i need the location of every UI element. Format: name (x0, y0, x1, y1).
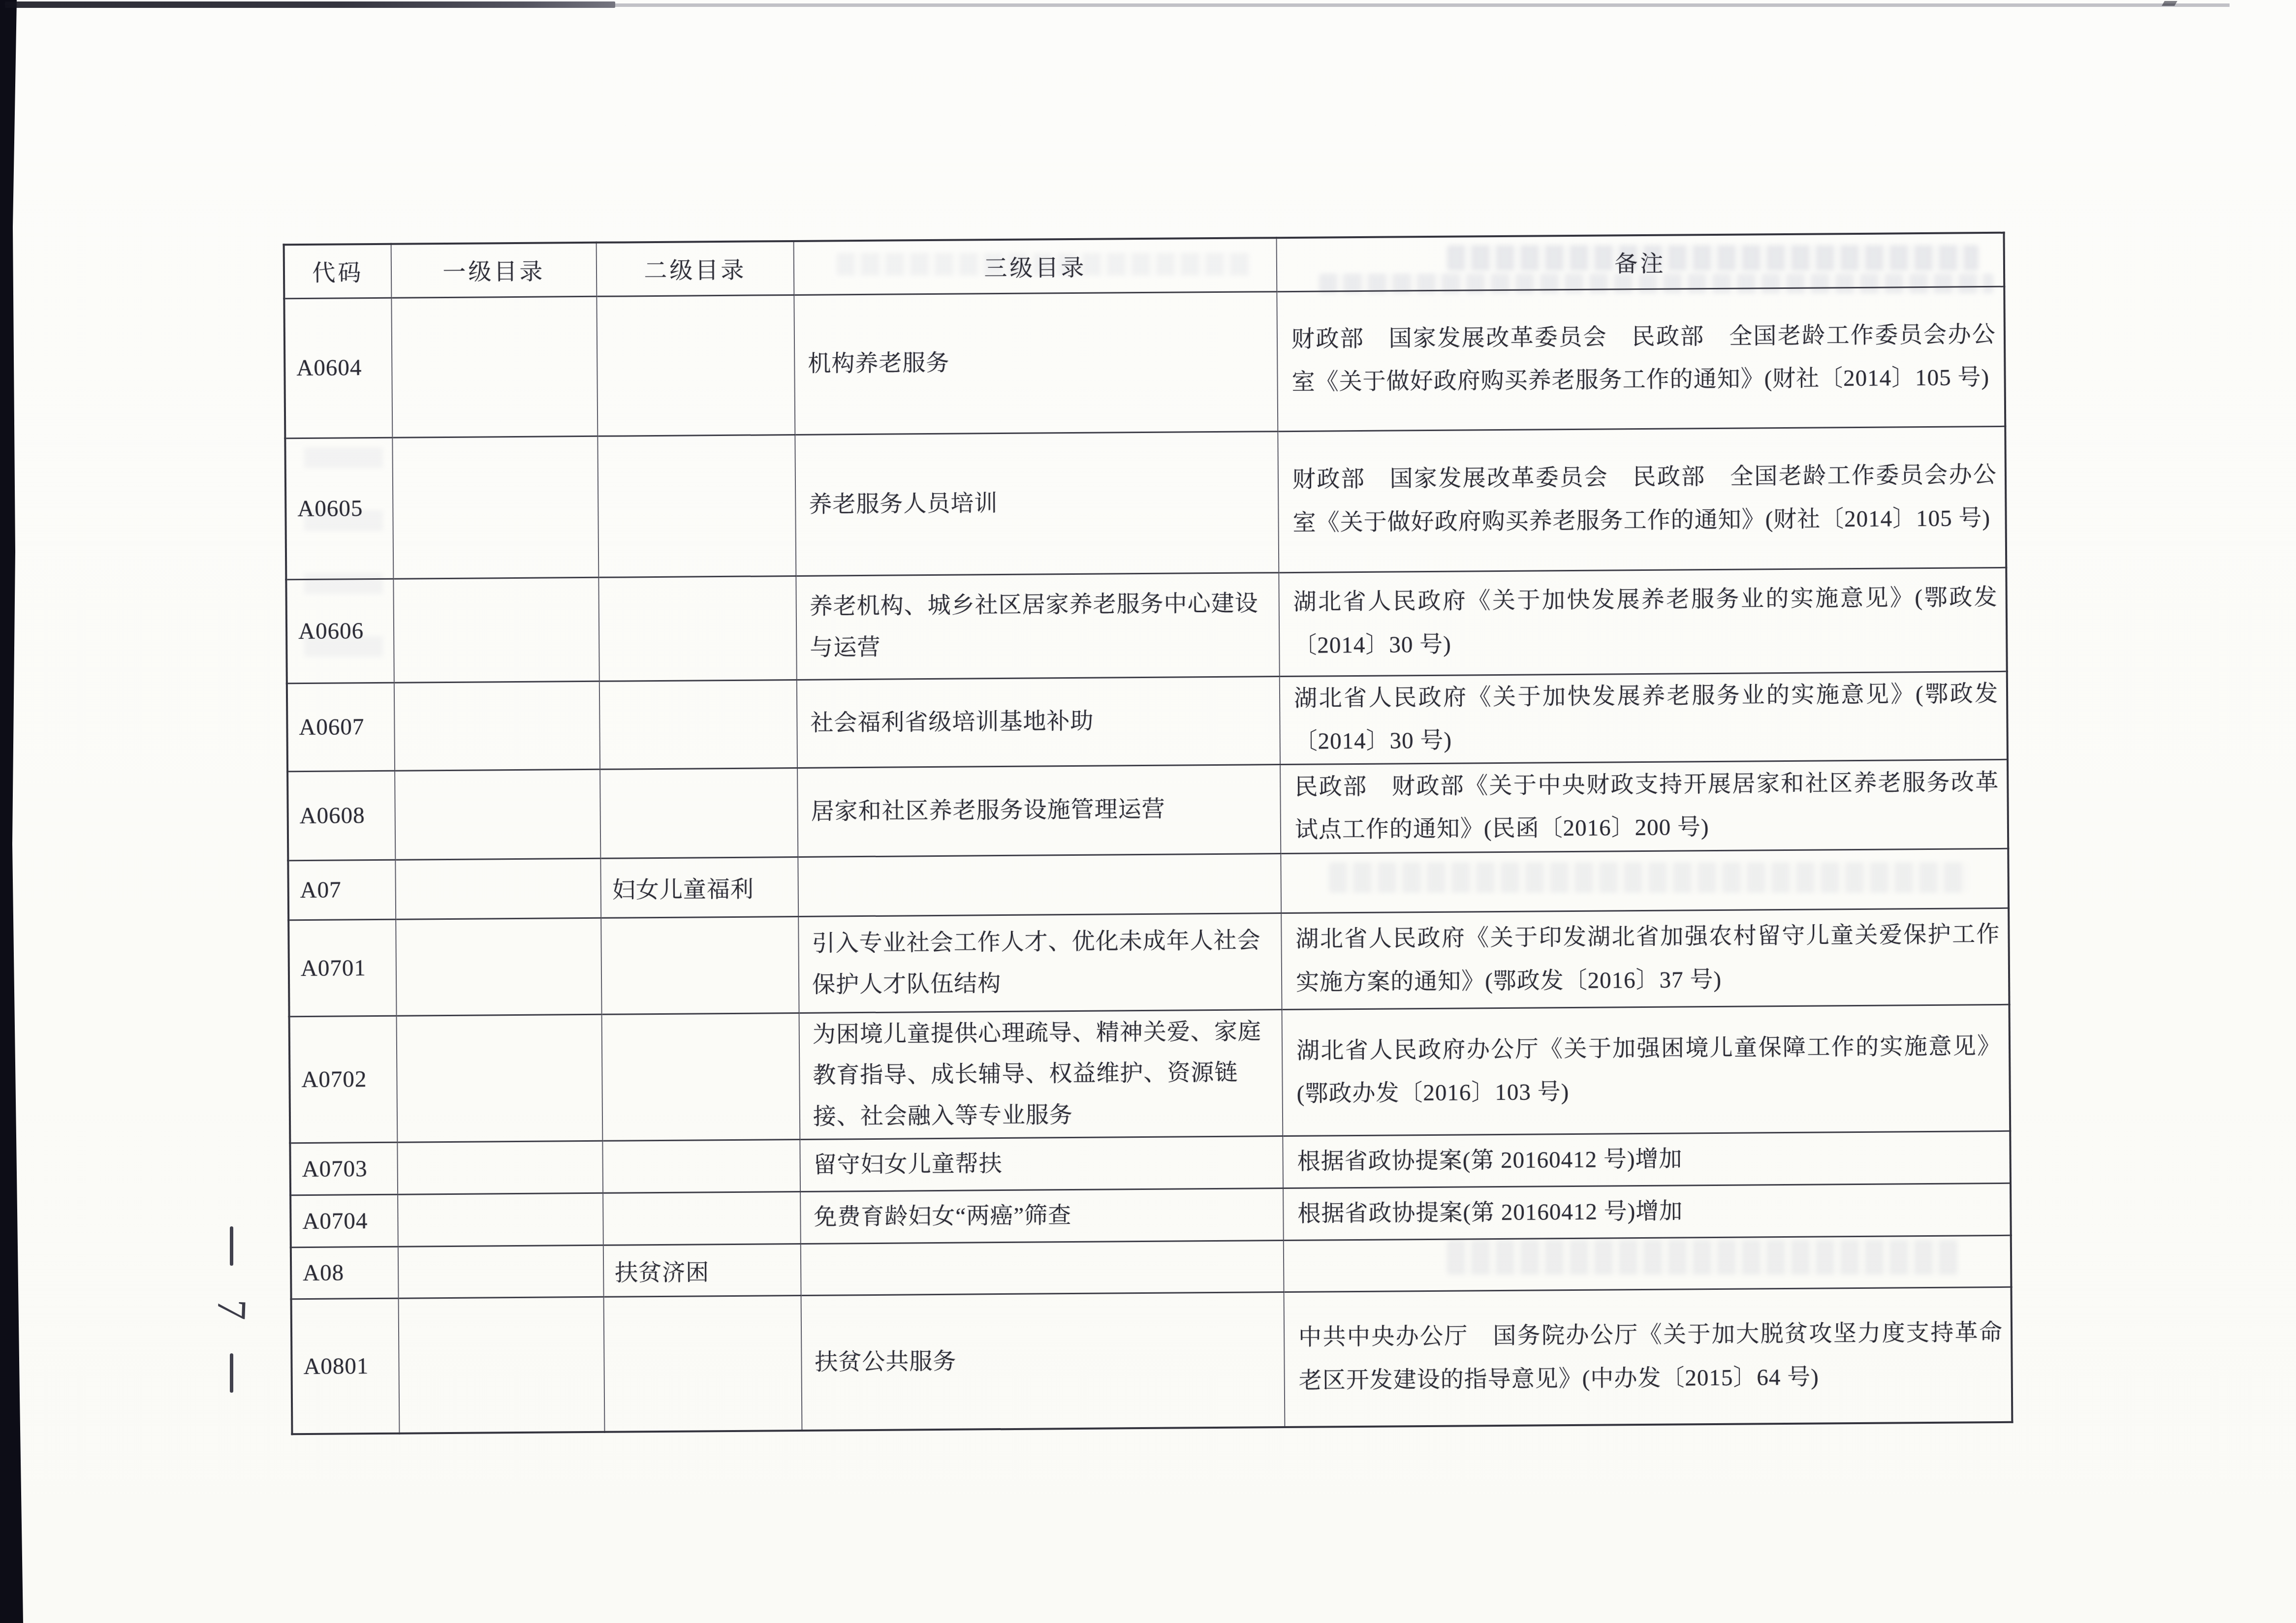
remark-cell: 民政部 财政部《关于中央财政支持开展居家和社区养老服务改革试点工作的通知》(民函… (1280, 760, 2008, 854)
table-row: A0607 社会福利省级培训基地补助 湖北省人民政府《关于加快发展养老服务业的实… (287, 671, 2008, 772)
level3-cell: 扶贫公共服务 (801, 1292, 1285, 1431)
code-cell: A0704 (290, 1194, 398, 1248)
remark-cell (1284, 1236, 2012, 1292)
remark-cell: 中共中央办公厅 国务院办公厅《关于加大脱贫攻坚力度支持革命老区开发建设的指导意见… (1284, 1287, 2013, 1427)
table-row: A07 妇女儿童福利 (288, 849, 2009, 920)
level1-cell (392, 436, 598, 579)
level3-cell: 免费育龄妇女“两癌”筛查 (800, 1188, 1284, 1244)
code-cell: A0702 (289, 1016, 398, 1143)
table-row: A0701 引入专业社会工作人才、优化未成年人社会保护人才队伍结构 湖北省人民政… (288, 908, 2009, 1017)
level1-cell (397, 1015, 603, 1143)
level1-cell (398, 1246, 604, 1299)
level1-cell (397, 1141, 603, 1195)
level3-cell (801, 1241, 1284, 1296)
catalog-table-wrapper: 代码 一级目录 二级目录 三级目录 备注 A0604 机构养老服务 财政部 国家… (283, 232, 2014, 1435)
level1-cell (399, 1297, 605, 1434)
level1-cell (395, 859, 601, 920)
table-row: A0606 养老机构、城乡社区居家养老服务中心建设与运营 湖北省人民政府《关于加… (286, 567, 2007, 683)
code-cell: A0606 (286, 579, 394, 684)
level3-cell: 引入专业社会工作人才、优化未成年人社会保护人才队伍结构 (798, 913, 1282, 1013)
level3-cell: 养老机构、城乡社区居家养老服务中心建设与运营 (796, 572, 1279, 680)
code-cell: A0801 (291, 1298, 400, 1434)
level1-cell (391, 296, 598, 437)
code-cell: A07 (288, 860, 396, 920)
level3-cell: 社会福利省级培训基地补助 (797, 676, 1280, 768)
remark-cell: 湖北省人民政府《关于加快发展养老服务业的实施意见》(鄂政发〔2014〕30 号) (1279, 567, 2007, 676)
page-number: 7 (206, 1226, 257, 1393)
level2-cell (602, 1140, 800, 1193)
level1-cell (396, 918, 601, 1016)
level2-cell: 妇女儿童福利 (600, 857, 798, 918)
table-row: A0604 机构养老服务 财政部 国家发展改革委员会 民政部 全国老龄工作委员会… (284, 286, 2005, 438)
remark-cell: 财政部 国家发展改革委员会 民政部 全国老龄工作委员会办公室《关于做好政府购买养… (1278, 426, 2006, 572)
code-cell: A0604 (284, 298, 392, 438)
header-cell-level3: 三级目录 (794, 238, 1277, 295)
level1-cell (394, 681, 600, 771)
level2-cell (598, 576, 796, 681)
level2-cell (597, 295, 795, 436)
level2-cell (600, 768, 798, 859)
level1-cell (398, 1193, 603, 1247)
header-cell-code: 代码 (284, 244, 392, 299)
table-row: A0801 扶贫公共服务 中共中央办公厅 国务院办公厅《关于加大脱贫攻坚力度支持… (291, 1287, 2013, 1434)
level2-cell: 扶贫济困 (603, 1244, 801, 1297)
table-row: A0605 养老服务人员培训 财政部 国家发展改革委员会 民政部 全国老龄工作委… (285, 426, 2006, 579)
scan-edge-left (0, 0, 24, 1623)
level1-cell (395, 770, 600, 860)
code-cell: A0701 (288, 919, 396, 1017)
table-row: A0608 居家和社区养老服务设施管理运营 民政部 财政部《关于中央财政支持开展… (287, 760, 2008, 861)
remark-cell: 湖北省人民政府《关于印发湖北省加强农村留守儿童关爱保护工作实施方案的通知》(鄂政… (1281, 908, 2009, 1010)
remark-cell: 财政部 国家发展改革委员会 民政部 全国老龄工作委员会办公室《关于做好政府购买养… (1277, 286, 2005, 431)
page-number-digit: 7 (210, 1299, 252, 1321)
scanned-page: 7 代码 一级目录 二级目录 三级目录 备注 (0, 0, 2296, 1623)
header-cell-level2: 二级目录 (597, 241, 794, 296)
page-number-dash (230, 1226, 233, 1266)
level2-cell (598, 435, 796, 577)
code-cell: A0607 (287, 683, 395, 772)
level2-cell (602, 1013, 800, 1141)
code-cell: A08 (291, 1247, 399, 1299)
level3-cell: 为困境儿童提供心理疏导、精神关爱、家庭教育指导、成长辅导、权益维护、资源链接、社… (799, 1010, 1283, 1140)
level3-cell: 居家和社区养老服务设施管理运营 (797, 765, 1281, 857)
remark-cell: 湖北省人民政府《关于加快发展养老服务业的实施意见》(鄂政发〔2014〕30 号) (1280, 671, 2008, 765)
scan-edge-top-light (615, 3, 2230, 7)
code-cell: A0608 (287, 771, 395, 861)
header-cell-level1: 一级目录 (391, 243, 597, 298)
page-number-dash (230, 1353, 233, 1393)
level2-cell (604, 1296, 802, 1432)
level2-cell (603, 1192, 801, 1246)
header-cell-remark: 备注 (1277, 233, 2005, 291)
level3-cell: 留守妇女儿童帮扶 (800, 1136, 1283, 1192)
level2-cell (601, 917, 799, 1015)
code-cell: A0605 (285, 437, 393, 580)
code-cell: A0703 (290, 1142, 398, 1195)
level3-cell: 机构养老服务 (794, 291, 1278, 435)
remark-cell: 根据省政协提案(第 20160412 号)增加 (1283, 1131, 2011, 1188)
catalog-table: 代码 一级目录 二级目录 三级目录 备注 A0604 机构养老服务 财政部 国家… (283, 232, 2013, 1435)
scan-edge-top-dark (5, 1, 615, 8)
level3-cell: 养老服务人员培训 (795, 431, 1279, 576)
remark-cell (1281, 849, 2009, 913)
table-body: A0604 机构养老服务 财政部 国家发展改革委员会 民政部 全国老龄工作委员会… (284, 286, 2012, 1434)
table-row: A0702 为困境儿童提供心理疏导、精神关爱、家庭教育指导、成长辅导、权益维护、… (289, 1005, 2011, 1143)
level3-cell (798, 854, 1281, 917)
remark-cell: 根据省政协提案(第 20160412 号)增加 (1283, 1184, 2011, 1241)
level1-cell (393, 577, 599, 683)
remark-cell: 湖北省人民政府办公厅《关于加强困境儿童保障工作的实施意见》(鄂政办发〔2016〕… (1282, 1005, 2011, 1136)
level2-cell (599, 680, 797, 770)
